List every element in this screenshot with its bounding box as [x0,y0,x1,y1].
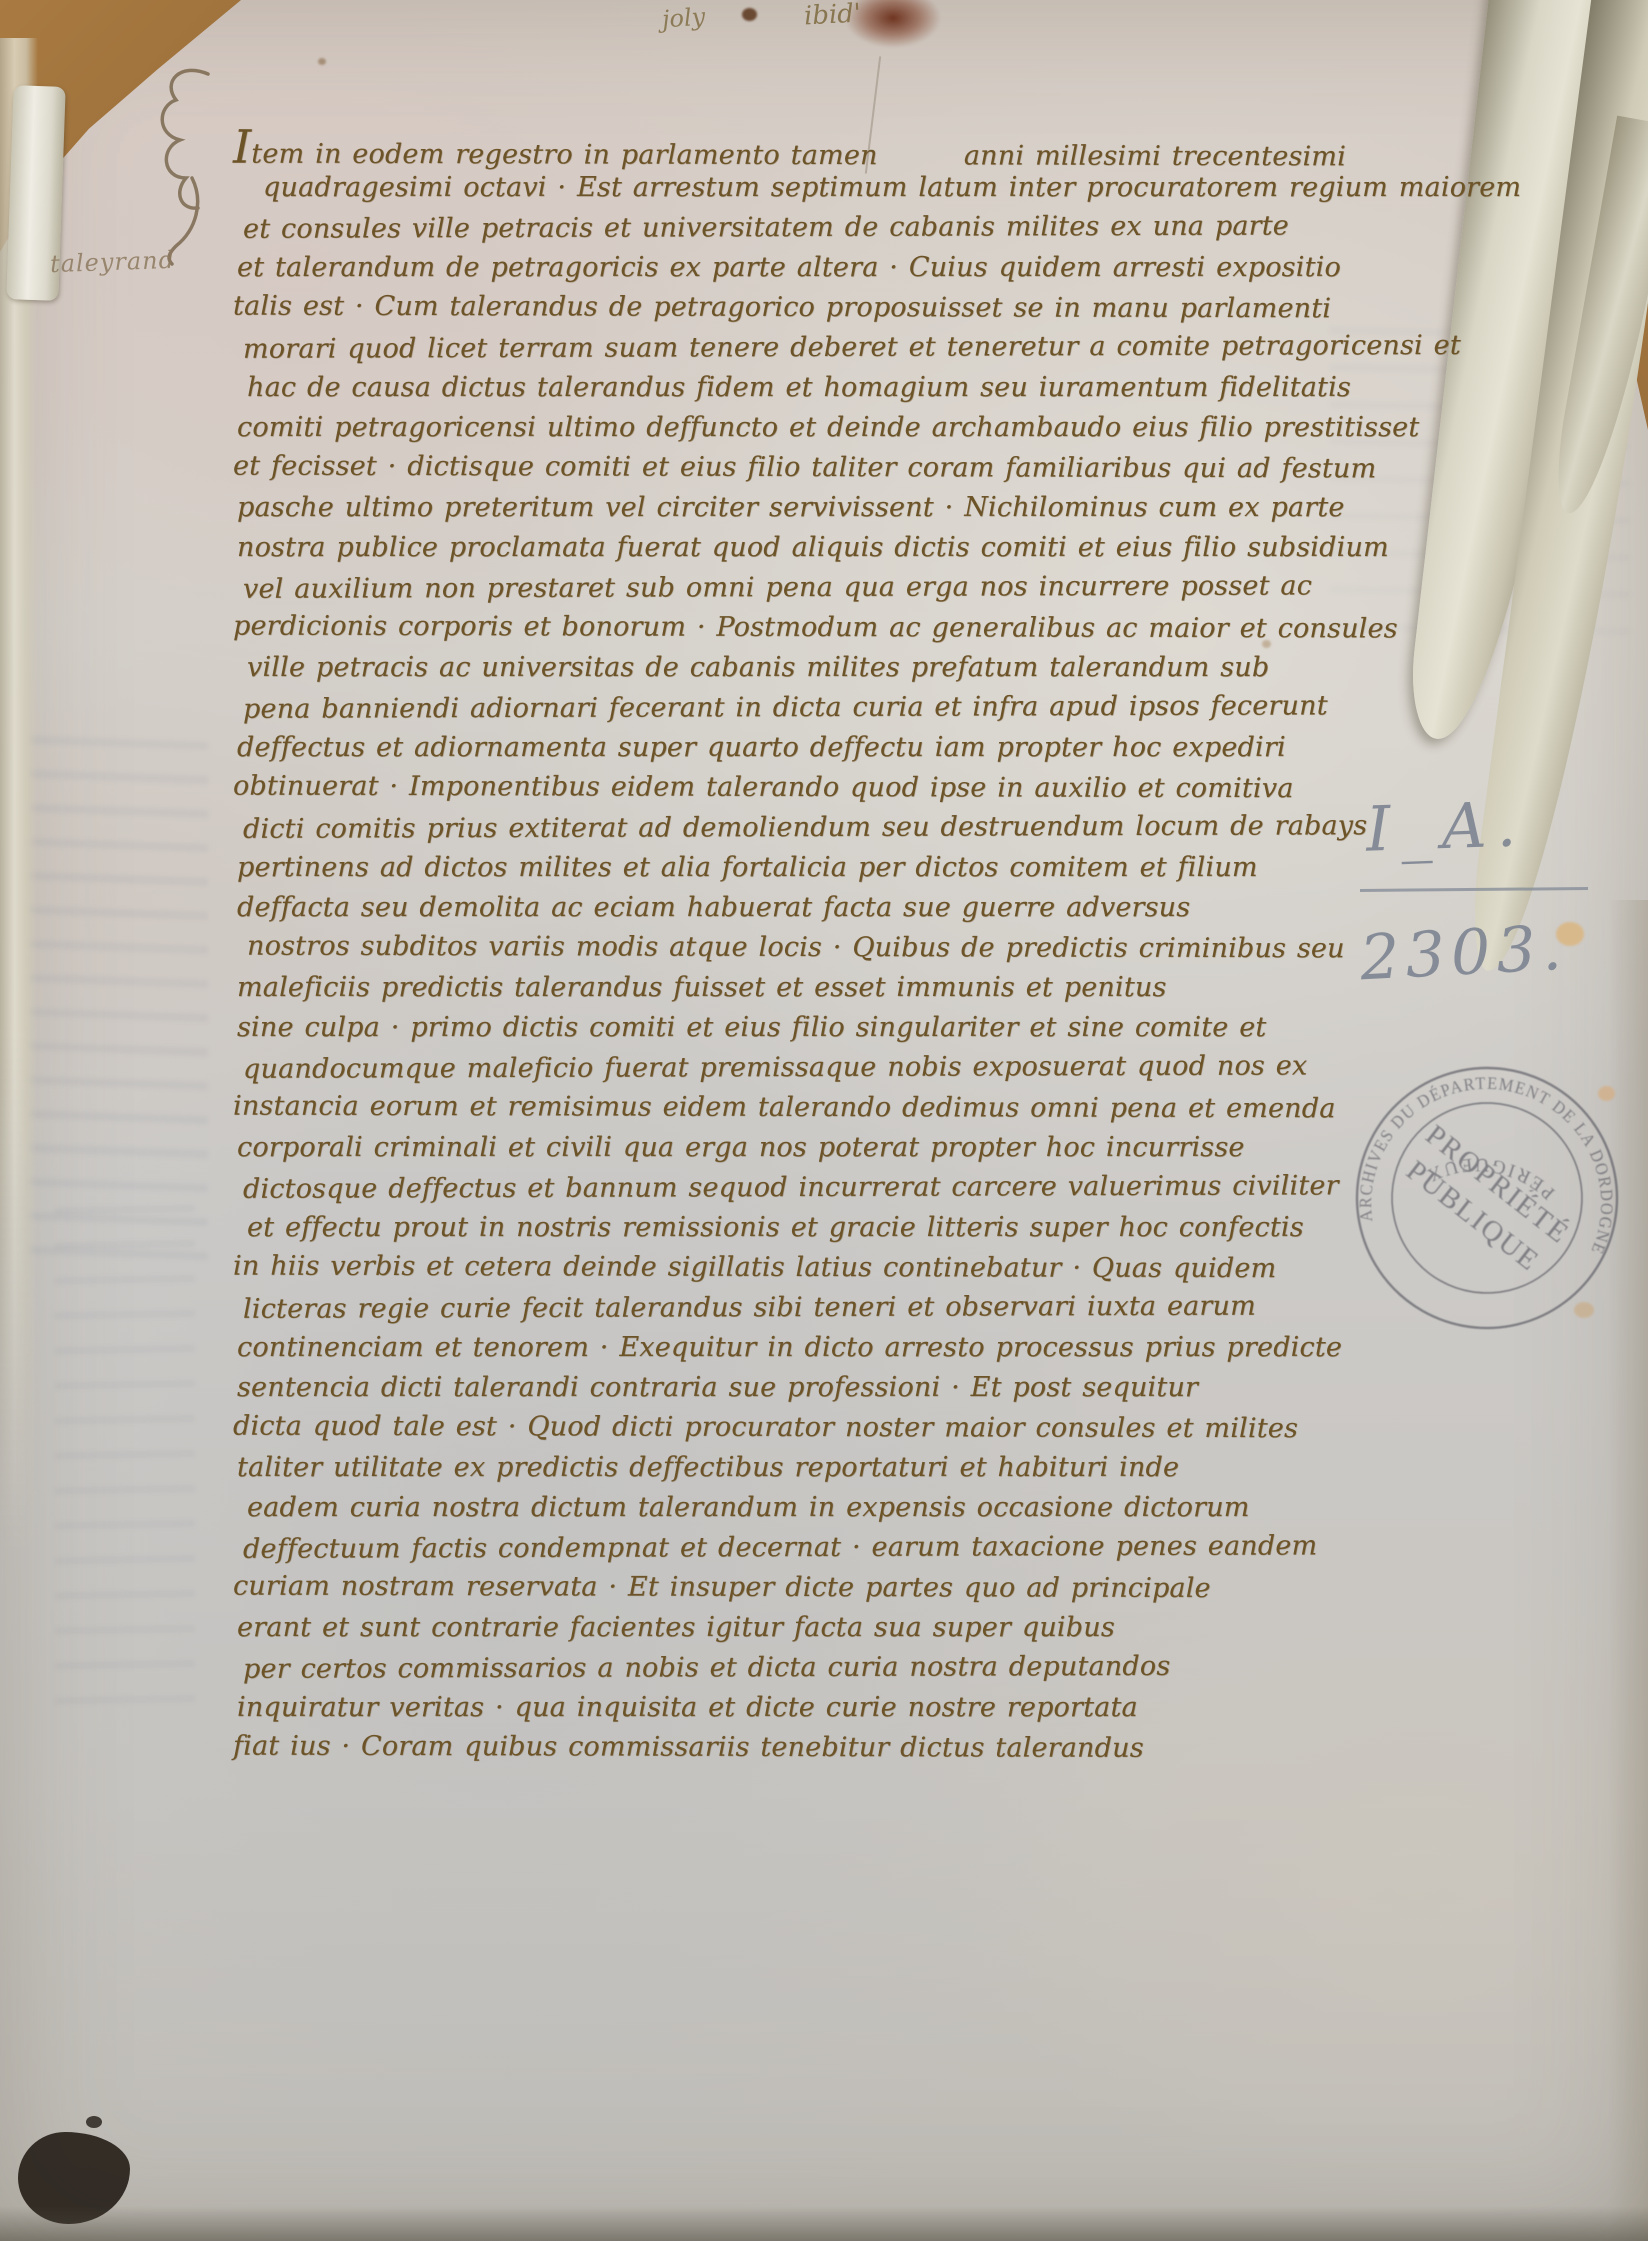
manuscript-line: vel auxilium non prestaret sub omni pena… [243,566,1387,610]
manuscript-line: deffectus et adiornamenta super quarto d… [237,728,1387,768]
manuscript-line: nostra publice proclamata fuerat quod al… [237,528,1387,568]
manuscript-line: dicti comitis prius extiterat ad demolie… [243,806,1387,850]
margin-note: taleyrand [50,246,176,278]
shelfmark-number: 2303. [1358,911,1569,995]
manuscript-line: dicta quod tale est · Quod dicti procura… [233,1407,1387,1450]
ink-annotation: joly [661,3,706,34]
manuscript-line: obtinuerat · Imponentibus eidem talerand… [233,767,1387,810]
manuscript-line: deffectuum factis condempnat et decernat… [243,1526,1387,1570]
manuscript-line: dictosque deffectus et bannum sequod inc… [243,1166,1387,1210]
manuscript-line: ville petracis ac universitas de cabanis… [247,648,1387,688]
ink-annotation: ibid' [803,0,862,31]
shelfmark-series: I_A. [1365,787,1527,866]
manuscript-line: eadem curia nostra dictum talerandum in … [247,1488,1387,1528]
manuscript-line: morari quod licet terram suam tenere deb… [243,326,1387,370]
manuscript-line: taliter utilitate ex predictis deffectib… [237,1448,1387,1488]
manuscript-line: sine culpa · primo dictis comiti et eius… [237,1008,1387,1048]
shelfmark-underline [1360,887,1588,892]
bleedthrough-text-ghost [55,1190,195,1730]
manuscript-line: talis est · Cum talerandus de petragoric… [233,287,1387,330]
ink-blot [86,2116,102,2128]
manuscript-line: fiat ius · Coram quibus commissariis ten… [233,1727,1387,1770]
manuscript-line: continenciam et tenorem · Exequitur in d… [237,1328,1387,1368]
manuscript-line: perdicionis corporis et bonorum · Postmo… [233,607,1387,650]
manuscript-line: hac de causa dictus talerandus fidem et … [247,368,1387,408]
manuscript-line: comiti petragoricensi ultimo deffuncto e… [237,408,1387,448]
foxing-spot [318,58,326,65]
manuscript-line: Item in eodem regestro in parlamento tam… [233,127,1387,170]
manuscript-line: quadragesimi octavi · Est arrestum septi… [263,168,1387,208]
paraph-flourish-icon [146,60,230,274]
manuscript-line: in hiis verbis et cetera deinde sigillat… [233,1247,1387,1290]
manuscript-line: et consules ville petracis et universita… [243,206,1387,250]
manuscript-line: per certos commissarios a nobis et dicta… [243,1646,1387,1690]
manuscript-line: erant et sunt contrarie facientes igitur… [237,1608,1387,1648]
manuscript-line: instancia eorum et remisimus eidem taler… [233,1087,1387,1130]
manuscript-line: et talerandum de petragoricis ex parte a… [237,248,1387,288]
manuscript-line: pasche ultimo preteritum vel circiter se… [237,488,1387,528]
manuscript-line: et effectu prout in nostris remissionis … [247,1208,1387,1248]
page-bottom-shadow [0,2206,1648,2241]
foxing-spot [742,8,757,21]
manuscript-line: et fecisset · dictisque comiti et eius f… [233,447,1387,490]
stamp-center-text: PROPRIÉTÉ PUBLIQUE [1395,1118,1576,1282]
manuscript-line: maleficiis predictis talerandus fuisset … [237,968,1387,1008]
manuscript-line: pertinens ad dictos milites et alia fort… [237,848,1387,888]
manuscript-line: licteras regie curie fecit talerandus si… [243,1286,1387,1330]
manuscript-line: sentencia dicti talerandi contraria sue … [237,1368,1387,1408]
manuscript-line: curiam nostram reservata · Et insuper di… [233,1567,1387,1610]
manuscript-line: deffacta seu demolita ac eciam habuerat … [237,888,1387,928]
manuscript-line: corporali criminali et civili qua erga n… [237,1128,1387,1168]
manuscript-line: quandocumque maleficio fuerat premissaqu… [243,1046,1387,1090]
manuscript-line: pena banniendi adiornari fecerant in dic… [243,686,1387,730]
stamp-outer-ring [1340,1051,1634,1345]
manuscript-line: inquiratur veritas · qua inquisita et di… [237,1688,1387,1728]
manuscript-photo: joly ibid' taleyrand Item in eodem reges… [0,0,1648,2241]
manuscript-text: Item in eodem regestro in parlamento tam… [237,128,1387,1768]
manuscript-line: nostros subditos variis modis atque loci… [247,927,1387,970]
archive-stamp: ARCHIVES DU DÉPARTEMENT DE LA DORDOGNE P… [1318,1029,1648,1368]
